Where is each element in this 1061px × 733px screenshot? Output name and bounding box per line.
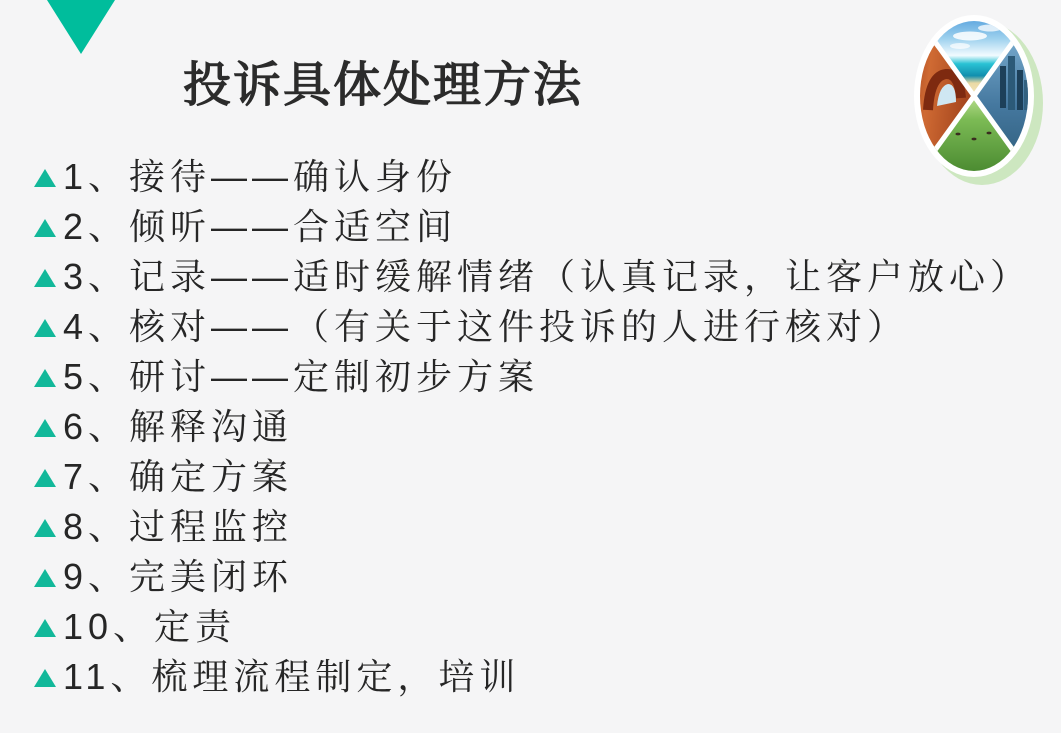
list-item: 10、定责 [34,602,1031,652]
slide-title: 投诉具体处理方法 [183,46,583,115]
slide: 投诉具体处理方法 [0,0,1061,733]
list-item: 1、接待——确认身份 [34,152,1031,202]
cow-speck [956,133,961,136]
cloud-shape [950,43,970,49]
list-item-text: 3、记录——适时缓解情绪（认真记录，让客户放心） [63,252,1031,302]
triangle-bullet-icon [34,169,56,187]
cloud-shape [953,32,987,41]
triangle-bullet-icon [34,369,56,387]
list-item-text: 7、确定方案 [63,452,293,502]
list-item-text: 8、过程监控 [63,502,293,552]
corner-triangle-decoration [47,0,115,54]
triangle-bullet-icon [34,619,56,637]
list-item: 11、梳理流程制定，培训 [34,652,1031,702]
list-item: 8、过程监控 [34,502,1031,552]
list-item-text: 1、接待——确认身份 [63,152,457,202]
triangle-bullet-icon [34,669,56,687]
cow-speck [972,138,977,141]
triangle-bullet-icon [34,319,56,337]
complaint-steps-list: 1、接待——确认身份 2、倾听——合适空间 3、记录——适时缓解情绪（认真记录，… [34,152,1031,702]
list-item: 6、解释沟通 [34,402,1031,452]
triangle-bullet-icon [34,219,56,237]
triangle-bullet-icon [34,269,56,287]
building-shape [1017,70,1023,110]
building-shape [1008,56,1015,110]
list-item-text: 6、解释沟通 [63,402,293,452]
list-item-text: 11、梳理流程制定，培训 [63,652,520,702]
list-item: 7、确定方案 [34,452,1031,502]
list-item: 9、完美闭环 [34,552,1031,602]
building-shape [1000,66,1006,108]
list-item-text: 4、核对——（有关于这件投诉的人进行核对） [63,302,908,352]
cow-speck [987,132,992,135]
list-item-text: 10、定责 [63,602,236,652]
list-item: 4、核对——（有关于这件投诉的人进行核对） [34,302,1031,352]
list-item-text: 5、研讨——定制初步方案 [63,352,539,402]
triangle-bullet-icon [34,469,56,487]
list-item-text: 9、完美闭环 [63,552,293,602]
triangle-bullet-icon [34,419,56,437]
list-item: 2、倾听——合适空间 [34,202,1031,252]
list-item-text: 2、倾听——合适空间 [63,202,457,252]
triangle-bullet-icon [34,519,56,537]
list-item: 3、记录——适时缓解情绪（认真记录，让客户放心） [34,252,1031,302]
triangle-bullet-icon [34,569,56,587]
list-item: 5、研讨——定制初步方案 [34,352,1031,402]
